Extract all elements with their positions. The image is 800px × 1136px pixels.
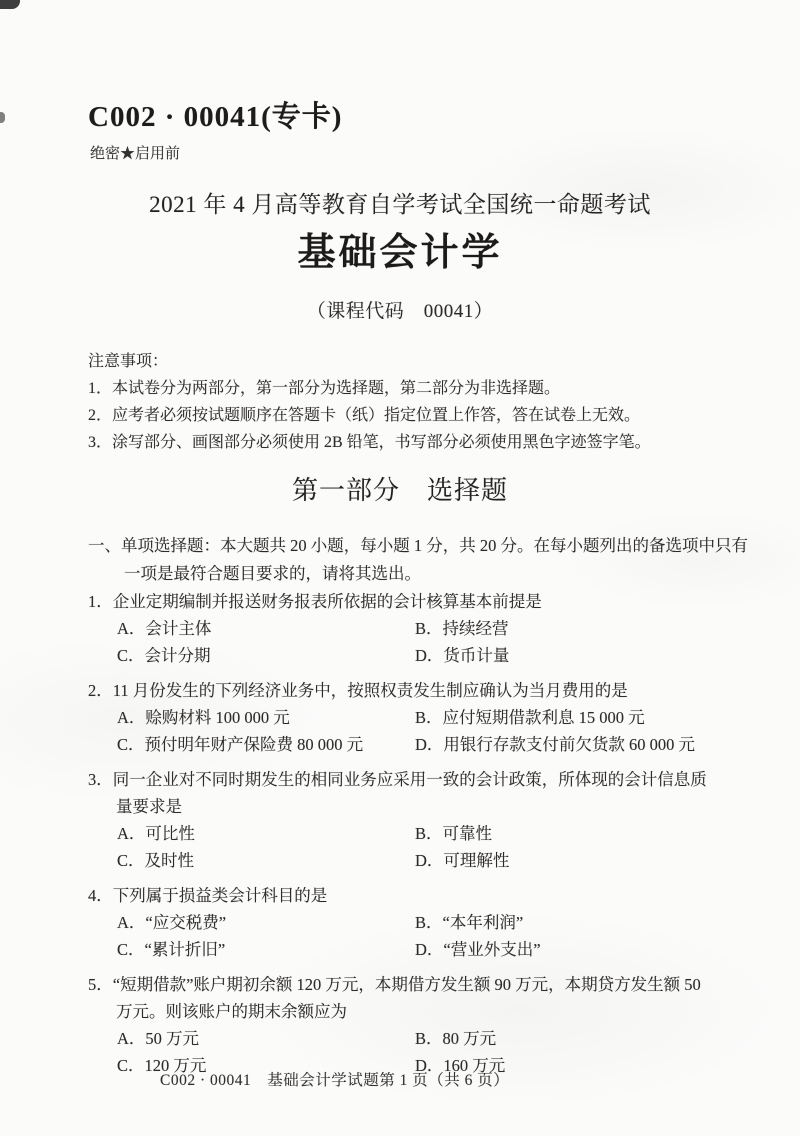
exam-session-title: 2021 年 4 月高等教育自学考试全国统一命题考试	[0, 186, 800, 219]
section-title: 第一部分 选择题	[0, 470, 800, 507]
question: 1．企业定期编制并报送财务报表所依据的会计核算基本前提是 A．会计主体 B．持续…	[88, 588, 720, 669]
notice-block: 注意事项： 1．本试卷分为两部分，第一部分为选择题，第二部分为非选择题。 2．应…	[88, 348, 738, 456]
question: 2．11 月份发生的下列经济业务中，按照权责发生制应确认为当月费用的是 A．赊购…	[88, 677, 720, 758]
exam-title: 基础会计学	[0, 221, 800, 276]
option-grid: A．会计主体 B．持续经营 C．会计分期 D．货币计量	[117, 615, 720, 669]
question-stem: 4．下列属于损益类会计科目的是	[88, 882, 720, 909]
option: D．货币计量	[415, 642, 720, 669]
exam-code: C002 · 00041(专卡)	[88, 94, 342, 135]
option: A．“应交税费”	[117, 909, 415, 936]
option: B．80 万元	[415, 1025, 720, 1052]
option: C．会计分期	[117, 642, 415, 669]
option: B．可靠性	[415, 820, 720, 847]
course-code: （课程代码 00041）	[0, 296, 800, 323]
secrecy-label: 绝密★启用前	[90, 142, 180, 163]
option: B．应付短期借款利息 15 000 元	[415, 704, 720, 731]
question-stem: 2．11 月份发生的下列经济业务中，按照权责发生制应确认为当月费用的是	[88, 677, 720, 704]
notice-item: 3．涂写部分、画图部分必须使用 2B 铅笔，书写部分必须使用黑色字迹签字笔。	[88, 429, 738, 456]
notice-item: 2．应考者必须按试题顺序在答题卡（纸）指定位置上作答，答在试卷上无效。	[88, 402, 738, 429]
part-instructions: 一、单项选择题：本大题共 20 小题，每小题 1 分，共 20 分。在每小题列出…	[88, 532, 764, 588]
page-footer: C002 · 00041 基础会计学试题第 1 页（共 6 页）	[160, 1068, 509, 1090]
option: C．预付明年财产保险费 80 000 元	[117, 731, 415, 758]
option-grid: A．赊购材料 100 000 元 B．应付短期借款利息 15 000 元 C．预…	[117, 704, 720, 758]
question: 4．下列属于损益类会计科目的是 A．“应交税费” B．“本年利润” C．“累计折…	[88, 882, 720, 963]
notice-heading: 注意事项：	[88, 348, 738, 375]
option: C．“累计折旧”	[117, 936, 415, 963]
scan-artifact	[0, 112, 5, 123]
option: D．“营业外支出”	[415, 936, 720, 963]
option: A．会计主体	[117, 615, 415, 642]
question: 3．同一企业对不同时期发生的相同业务应采用一致的会计政策，所体现的会计信息质量要…	[88, 766, 720, 874]
option: A．50 万元	[117, 1025, 415, 1052]
question: 5．“短期借款”账户期初余额 120 万元，本期借方发生额 90 万元，本期贷方…	[88, 971, 720, 1079]
question-list: 1．企业定期编制并报送财务报表所依据的会计核算基本前提是 A．会计主体 B．持续…	[88, 588, 720, 1087]
question-stem: 5．“短期借款”账户期初余额 120 万元，本期借方发生额 90 万元，本期贷方…	[88, 971, 720, 1025]
question-stem: 1．企业定期编制并报送财务报表所依据的会计核算基本前提是	[88, 588, 720, 615]
scan-artifact	[0, 0, 20, 9]
option: B．“本年利润”	[415, 909, 720, 936]
option: A．可比性	[117, 820, 415, 847]
option: A．赊购材料 100 000 元	[117, 704, 415, 731]
option-grid: A．可比性 B．可靠性 C．及时性 D．可理解性	[117, 820, 720, 874]
notice-item: 1．本试卷分为两部分，第一部分为选择题，第二部分为非选择题。	[88, 375, 738, 402]
option: C．及时性	[117, 847, 415, 874]
option: B．持续经营	[415, 615, 720, 642]
option-grid: A．“应交税费” B．“本年利润” C．“累计折旧” D．“营业外支出”	[117, 909, 720, 963]
exam-paper-page: C002 · 00041(专卡) 绝密★启用前 2021 年 4 月高等教育自学…	[0, 0, 800, 1136]
option: D．用银行存款支付前欠货款 60 000 元	[415, 731, 720, 758]
question-stem: 3．同一企业对不同时期发生的相同业务应采用一致的会计政策，所体现的会计信息质量要…	[88, 766, 720, 820]
option: D．可理解性	[415, 847, 720, 874]
